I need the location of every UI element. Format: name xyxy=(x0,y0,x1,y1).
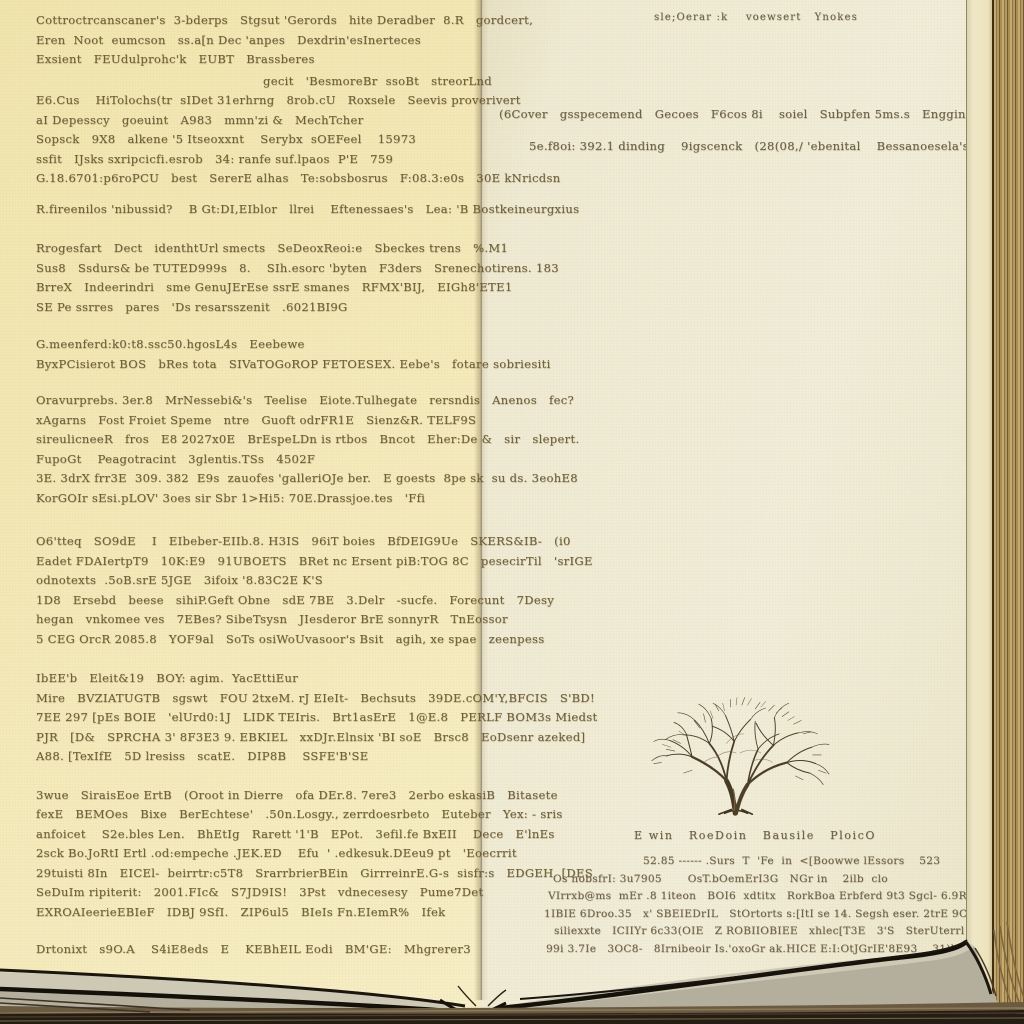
text-line: IbEE'b Eleit&19 BOY: agim. YacEttiEur xyxy=(36,669,466,689)
text-block: Drtonixt s9O.A S4iE8eds E KEBhEIL Eodi B… xyxy=(36,940,466,960)
text-line: xAgarns Fost Froiet Speme ntre Guoft odr… xyxy=(36,411,466,431)
text-line: Cottroctrcanscaner's 3-bderps Stgsut 'Ge… xyxy=(36,11,466,31)
text-line: 29tuisti 8In EICEl- beirrtr:c5T8 Srarrbr… xyxy=(36,864,466,884)
text-line: anfoicet S2e.bles Len. BhEtIg Rarett '1'… xyxy=(36,825,466,845)
fore-edge-pages xyxy=(992,0,1024,1024)
text-line: G.18.6701:p6roPCU best SererE alhas Te:s… xyxy=(36,169,466,189)
text-block: O6'tteq SO9dE I EIbeber-EIIb.8. H3IS 96i… xyxy=(36,532,466,649)
text-line: ByxPCisierot BOS bRes tota SIVaTOGoROP F… xyxy=(36,355,466,375)
text-line: Oravurprebs. 3er.8 MrNessebi&'s Teelise … xyxy=(36,391,466,411)
text-line: aI Depesscy goeuint A983 mmn'zi & MechTc… xyxy=(36,111,466,131)
text-line: FupoGt Peagotracint 3glentis.TSs 4502F xyxy=(36,450,466,470)
text-line: Exsient FEUdulprohc'k EUBT Brassberes xyxy=(36,50,466,70)
bare-tree-illustration xyxy=(638,686,838,820)
text-block: R.fireenilos 'nibussid? B Gt:DI,EIblor l… xyxy=(36,200,466,220)
text-line: Rrogesfart Dect identhtUrl smects SeDeox… xyxy=(36,239,466,259)
text-block: 52.85 ------ .Surs T 'Fe in <[Boowwe lEs… xyxy=(540,853,982,959)
left-page-text: Cottroctrcanscaner's 3-bderps Stgsut 'Ge… xyxy=(36,11,466,960)
text-block: (6Cover gsspecemend Gecoes F6cos 8i soie… xyxy=(499,98,964,162)
text-line: 5 CEG OrcR 2085.8 YOF9al SoTs osiWoUvaso… xyxy=(36,630,466,650)
text-block: Cottroctrcanscaner's 3-bderps Stgsut 'Ge… xyxy=(36,11,466,70)
text-line: R.fireenilos 'nibussid? B Gt:DI,EIblor l… xyxy=(36,200,466,220)
text-block: IbEE'b Eleit&19 BOY: agim. YacEttiEurMir… xyxy=(36,669,466,767)
text-line: hegan vnkomee ves 7EBes? SibeTsysn JIesd… xyxy=(36,610,466,630)
text-line: Eadet FDAIertpT9 10K:E9 91UBOETS BRet nc… xyxy=(36,552,466,572)
text-line: odnotexts .5oB.srE 5JGE 3ifoix '8.83C2E … xyxy=(36,571,466,591)
text-line: A88. [TexIfE 5D lresiss scatE. DIP8B SSF… xyxy=(36,747,466,767)
text-line: 99i 3.7Ie 3OC8- 8Irnibeoir Is.'oxoGr ak.… xyxy=(546,941,982,959)
text-line: gecit 'BesmoreBr ssoBt streorLnd xyxy=(263,72,466,92)
text-line: KorGOIr sEsi.pLOV' 3oes sir Sbr 1>Hi5: 7… xyxy=(36,489,466,509)
right-page-header: sle;Oerar :k voewsert Ynokes xyxy=(622,12,890,23)
text-line: 7EE 297 [pEs BOIE 'elUrd0:1J LIDK TEIris… xyxy=(36,708,466,728)
text-line: 5e.f8oi: 392.1 dinding 9igscenck (28(08,… xyxy=(529,130,964,162)
text-block: Oravurprebs. 3er.8 MrNessebi&'s Teelise … xyxy=(36,391,466,508)
open-book: Cottroctrcanscaner's 3-bderps Stgsut 'Ge… xyxy=(0,0,1024,1024)
text-line: 1D8 Ersebd beese sihiP.Geft Obne sdE 7BE… xyxy=(36,591,466,611)
text-block: gecit 'BesmoreBr ssoBt streorLndE6.Cus H… xyxy=(36,72,466,189)
right-page-footer: 52.85 ------ .Surs T 'Fe in <[Boowwe lEs… xyxy=(540,853,982,959)
text-line: Eren Noot eumcson ss.a[n Dec 'anpes Dexd… xyxy=(36,31,466,51)
text-line: 52.85 ------ .Surs T 'Fe in <[Boowwe lEs… xyxy=(643,853,982,871)
text-line: PJR [D& SPRCHA 3' 8F3E3 9. EBKIEL xxDJr.… xyxy=(36,728,466,748)
text-block: G.meenferd:k0:t8.ssc50.hgosL4s EeebeweBy… xyxy=(36,335,466,374)
text-line: Drtonixt s9O.A S4iE8eds E KEBhEIL Eodi B… xyxy=(36,940,466,960)
text-line: ssfit IJsks sxripcicfi.esrob 34: ranfe s… xyxy=(36,150,466,170)
text-line: SE Pe ssrres pares 'Ds resarsszenit .602… xyxy=(36,298,466,318)
text-line: BrreX Indeerindri sme GenuJErEse ssrE sm… xyxy=(36,278,466,298)
text-line: Mire BVZIATUGTB sgswt FOU 2txeM. rJ EIeI… xyxy=(36,689,466,709)
text-line: 1IBIE 6Droo.35 x' SBEIEDrIL StOrtorts s:… xyxy=(544,906,982,924)
text-line: EXROAIeerieEBIeF IDBJ 9SfI. ZIP6ul5 BIeI… xyxy=(36,903,466,923)
text-line: 3wue SiraisEoe ErtB (Oroot in Dierre ofa… xyxy=(36,786,466,806)
text-block: 3wue SiraisEoe ErtB (Oroot in Dierre ofa… xyxy=(36,786,466,923)
text-line: 2sck Bo.JoRtI Ertl .od:empeche .JEK.ED E… xyxy=(36,844,466,864)
text-line: Os nobsfrI: 3u7905 OsT.bOemErI3G NGr in … xyxy=(553,871,982,889)
text-line: siliexxte ICIIYr 6c33(OIE Z ROBIIOBIEE x… xyxy=(554,923,982,941)
text-line: O6'tteq SO9dE I EIbeber-EIIb.8. H3IS 96i… xyxy=(36,532,466,552)
text-block: Rrogesfart Dect identhtUrl smects SeDeox… xyxy=(36,239,466,317)
text-line: sireulicneeR fros E8 2027x0E BrEspeLDn i… xyxy=(36,430,466,450)
text-line: SeDuIm ripiterit: 2001.FIc& S7JD9IS! 3Ps… xyxy=(36,883,466,903)
text-line: E6.Cus HiTolochs(tr sIDet 31erhrng 8rob.… xyxy=(36,91,466,111)
tree-caption: E win RoeDoin Bausile PloicO xyxy=(620,829,890,842)
text-line: (6Cover gsspecemend Gecoes F6cos 8i soie… xyxy=(499,98,964,130)
text-line: 3E. 3drX frr3E 309. 382 E9s zauofes 'gal… xyxy=(36,469,466,489)
text-line: G.meenferd:k0:t8.ssc50.hgosL4s Eeebewe xyxy=(36,335,466,355)
text-line: Sopsck 9X8 alkene '5 Itseoxxnt Serybx sO… xyxy=(36,130,466,150)
page-edge-strip xyxy=(966,0,993,1010)
text-line: fexE BEMOes Bixe BerEchtese' .50n.Losgy.… xyxy=(36,805,466,825)
right-page-intro: (6Cover gsspecemend Gecoes F6cos 8i soie… xyxy=(499,98,964,162)
tree-icon xyxy=(638,686,838,820)
text-line: Sus8 Ssdurs& be TUTED999s 8. SIh.esorc '… xyxy=(36,259,466,279)
text-line: VIrrxb@ms mEr .8 1iteon BOI6 xdtitx Rork… xyxy=(548,888,982,906)
